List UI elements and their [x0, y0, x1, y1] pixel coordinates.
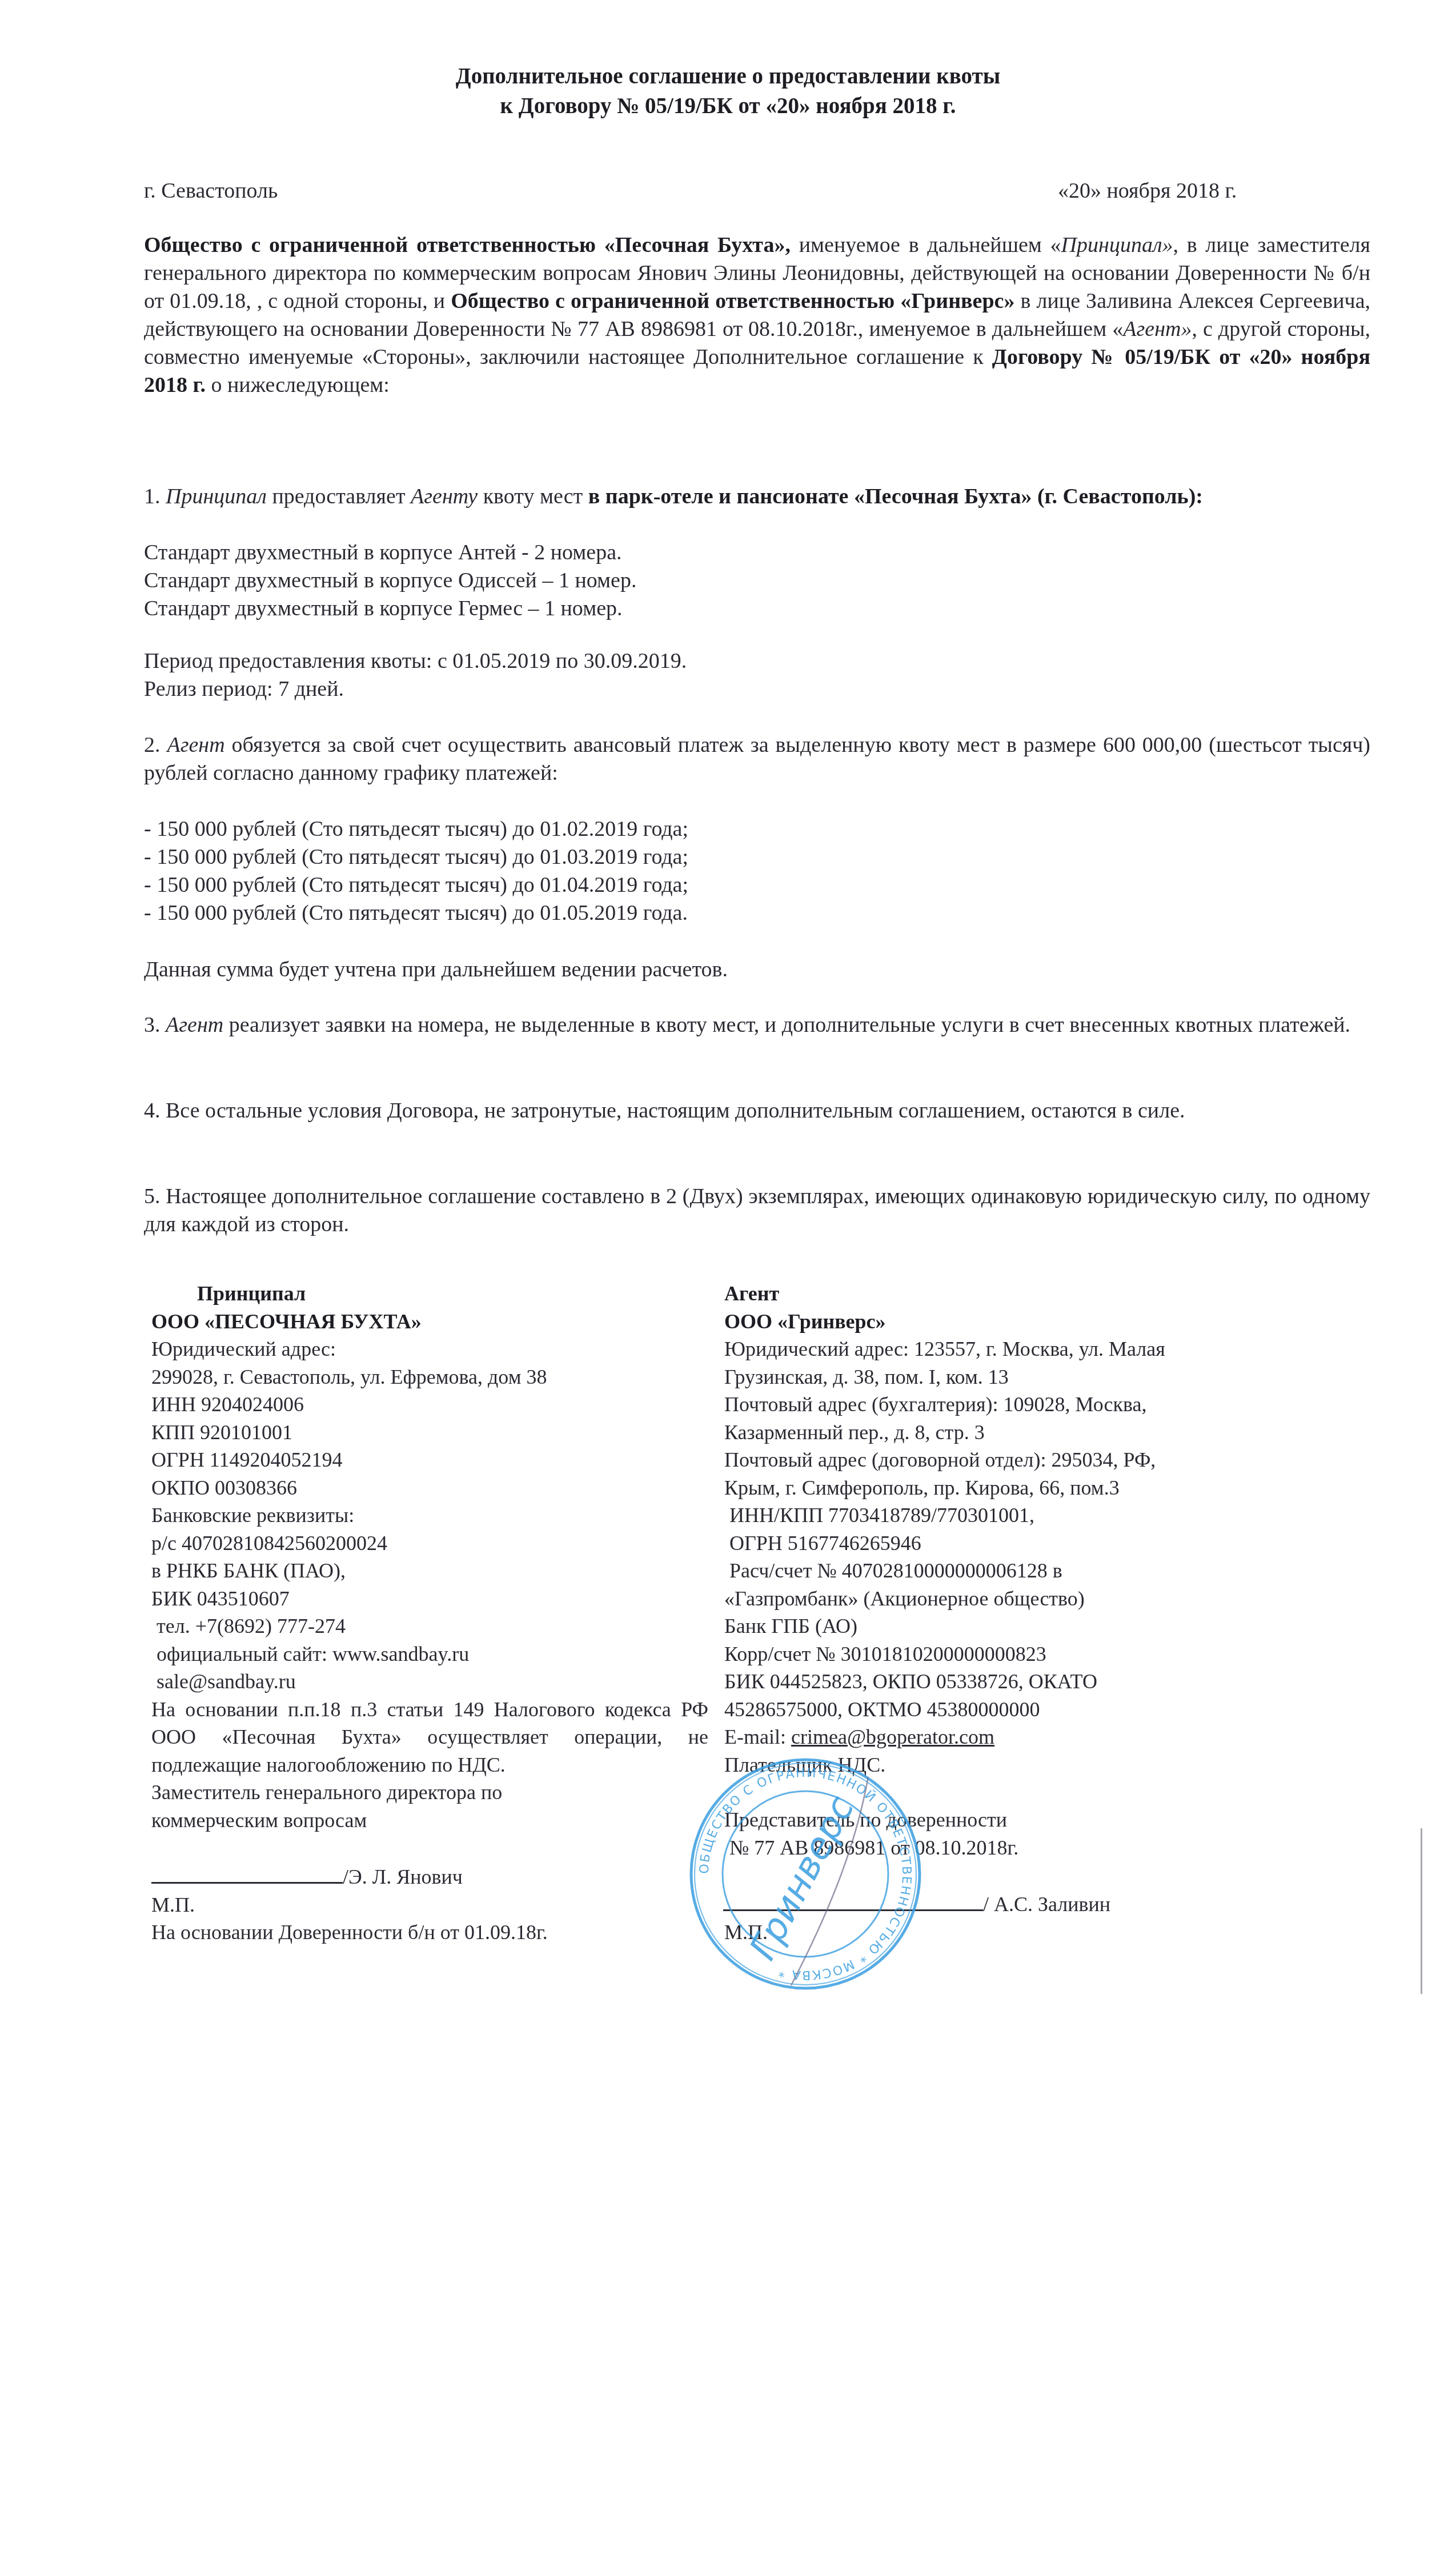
agent-email-link[interactable]: crimea@bgoperator.com — [791, 1725, 994, 1748]
principal-signatory: /Э. Л. Янович — [343, 1865, 463, 1888]
title-line-1: Дополнительное соглашение о предоставлен… — [0, 62, 1456, 91]
document-page: Дополнительное соглашение о предоставлен… — [0, 0, 1456, 2571]
principal-email: sale@sandbay.ru — [151, 1668, 708, 1696]
party2-name: Общество с ограниченной ответственностью… — [451, 289, 1014, 313]
agent-signatory: / А.С. Заливин — [983, 1893, 1110, 1916]
room-item: Стандарт двухместный в корпусе Одиссей –… — [144, 567, 636, 595]
period-text: Период предоставления квоты: с 01.05.201… — [144, 647, 687, 675]
title-line-2: к Договору № 05/19/БК от «20» ноября 201… — [0, 91, 1456, 121]
scan-edge-line — [1421, 1828, 1422, 1994]
quota-period: Период предоставления квоты: с 01.05.201… — [144, 647, 687, 703]
room-item: Стандарт двухместный в корпусе Гермес – … — [144, 595, 636, 623]
agent-company: ООО «Гринверс» — [724, 1310, 886, 1333]
payment-schedule: - 150 000 рублей (Сто пятьдесят тысяч) д… — [144, 815, 688, 927]
document-title: Дополнительное соглашение о предоставлен… — [0, 62, 1456, 121]
clause-4: 4. Все остальные условия Договора, не за… — [144, 1097, 1370, 1125]
clause-3: 3. Агент реализует заявки на номера, не … — [144, 1011, 1370, 1039]
payment-note: Данная сумма будет учтена при дальнейшем… — [144, 956, 728, 984]
release-text: Релиз период: 7 дней. — [144, 675, 687, 703]
party1-name: Общество с ограниченной ответственностью… — [144, 233, 791, 257]
payment-item: - 150 000 рублей (Сто пятьдесят тысяч) д… — [144, 871, 688, 899]
principal-website: официальный сайт: www.sandbay.ru — [151, 1640, 708, 1668]
clause-5: 5. Настоящее дополнительное соглашение с… — [144, 1183, 1370, 1239]
room-list: Стандарт двухместный в корпусе Антей - 2… — [144, 539, 636, 623]
agent-role: Агент — [724, 1282, 779, 1305]
payment-item: - 150 000 рублей (Сто пятьдесят тысяч) д… — [144, 899, 688, 927]
tax-note: На основании п.п.18 п.3 статьи 149 Налог… — [151, 1696, 708, 1779]
hotel-location: в парк-отеле и пансионате «Песочная Бухт… — [588, 484, 1203, 508]
principal-company: ООО «ПЕСОЧНАЯ БУХТА» — [151, 1310, 422, 1333]
agent-signature-line — [723, 1889, 840, 1911]
agreement-date: «20» ноября 2018 г. — [1058, 178, 1237, 203]
principal-requisites: Принципал ООО «ПЕСОЧНАЯ БУХТА» Юридическ… — [151, 1280, 708, 1947]
payment-item: - 150 000 рублей (Сто пятьдесят тысяч) д… — [144, 843, 688, 871]
principal-signature-line — [151, 1861, 343, 1884]
principal-role: Принципал — [197, 1282, 306, 1305]
clause-1: 1. Принципал предоставляет Агенту квоту … — [144, 483, 1370, 511]
clause-2: 2. Агент обязуется за свой счет осуществ… — [144, 731, 1370, 787]
agent-requisites: Агент ООО «Гринверс» Юридический адрес: … — [724, 1280, 1295, 1946]
preamble: Общество с ограниченной ответственностью… — [144, 231, 1370, 399]
room-item: Стандарт двухместный в корпусе Антей - 2… — [144, 539, 636, 567]
place: г. Севастополь — [144, 178, 278, 203]
payment-item: - 150 000 рублей (Сто пятьдесят тысяч) д… — [144, 815, 688, 843]
